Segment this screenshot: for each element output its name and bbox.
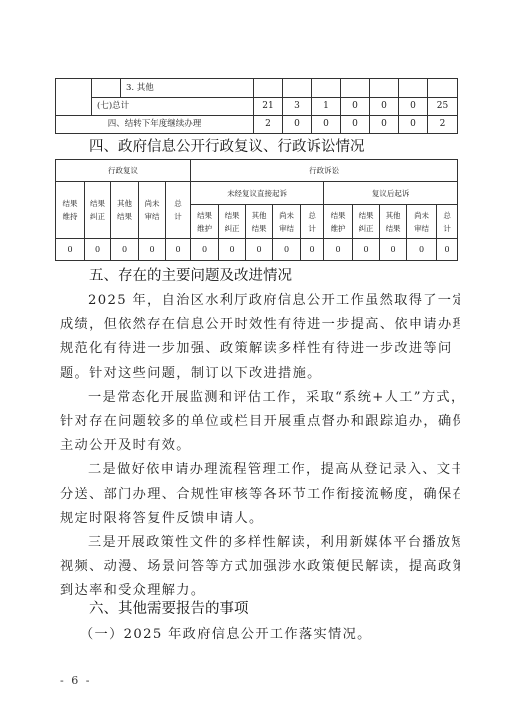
table-row: 0 0 0 0 0 0 0 0 0 0 0 0 0 0 0 xyxy=(56,239,458,261)
table-header-row: 行政复议 行政诉讼 xyxy=(56,160,458,182)
apply-stats-table-continued: 3. 其他 (七)总计 21 3 1 0 0 0 25 四、结转下年度继续办理 … xyxy=(55,78,458,134)
paragraph-line: 分送、部门办理、合规性审核等各环节工作衔接流畅度，确保在 xyxy=(60,483,460,507)
paragraph-line: 一是常态化开展监测和评估工作，采取“系统+人工”方式， xyxy=(60,386,460,410)
group-header-review: 行政复议 xyxy=(56,160,191,182)
section-heading-problems: 五、存在的主要问题及改进情况 xyxy=(89,266,292,286)
group-header-litigation: 行政诉讼 xyxy=(191,160,458,182)
col-header: 总计 xyxy=(166,182,191,239)
col-header: 结果纠正 xyxy=(353,205,380,239)
blank-cell xyxy=(56,79,92,116)
col-header: 其他结果 xyxy=(111,182,139,239)
subgroup-header-after-review: 复议后起诉 xyxy=(324,182,458,205)
paragraph-line: 规定时限将答复件反馈申请人。 xyxy=(60,507,460,531)
col-header: 结果维护 xyxy=(324,205,353,239)
col-header: 其他结果 xyxy=(246,205,273,239)
section-heading-review-litigation: 四、政府信息公开行政复议、行政诉讼情况 xyxy=(89,137,365,157)
col-header: 结果纠正 xyxy=(85,182,111,239)
table-row: 3. 其他 xyxy=(56,79,458,98)
table-row: (七)总计 21 3 1 0 0 0 25 xyxy=(56,98,458,116)
paragraph-line: 成绩，但依然存在信息公开时效性有待进一步提高、依申请办理 xyxy=(60,313,460,337)
review-litigation-table: 行政复议 行政诉讼 结果维持 结果纠正 其他结果 尚未审结 总计 未经复议直接起… xyxy=(55,159,458,261)
section6-subheading: （一）2025 年政府信息公开工作落实情况。 xyxy=(80,623,460,647)
col-header: 结果维持 xyxy=(56,182,85,239)
section5-body: 2025 年，自治区水利厅政府信息公开工作虽然取得了一定 成绩，但依然存在信息公… xyxy=(60,289,460,603)
col-header: 总计 xyxy=(301,205,324,239)
paragraph-line: 针对存在问题较多的单位或栏目开展重点督办和跟踪追办，确保 xyxy=(60,410,460,434)
col-header: 总计 xyxy=(437,205,458,239)
table-header-row: 结果维持 结果纠正 其他结果 尚未审结 总计 未经复议直接起诉 复议后起诉 xyxy=(56,182,458,205)
page-number: - 6 - xyxy=(60,674,91,687)
paragraph-line: 规范化有待进一步加强、政策解读多样性有待进一步改进等问 xyxy=(60,337,460,361)
col-header: 尚未审结 xyxy=(407,205,437,239)
paragraph-line: 题。针对这些问题，制订以下改进措施。 xyxy=(60,362,460,386)
col-header: 其他结果 xyxy=(380,205,407,239)
paragraph-line: 2025 年，自治区水利厅政府信息公开工作虽然取得了一定 xyxy=(60,289,460,313)
col-header: 结果纠正 xyxy=(219,205,246,239)
col-header: 尚未审结 xyxy=(139,182,166,239)
row-label: 四、结转下年度继续办理 xyxy=(56,116,254,134)
row-label: (七)总计 xyxy=(92,98,254,116)
paragraph-line: 二是做好依申请办理流程管理工作，提高从登记录入、文书 xyxy=(60,458,460,482)
section-heading-other-matters: 六、其他需要报告的事项 xyxy=(89,599,249,619)
blank-cell xyxy=(92,79,121,98)
col-header: 结果维护 xyxy=(191,205,219,239)
subgroup-header-direct: 未经复议直接起诉 xyxy=(191,182,324,205)
col-header: 尚未审结 xyxy=(273,205,301,239)
table-row: 四、结转下年度继续办理 2 0 0 0 0 0 2 xyxy=(56,116,458,134)
paragraph-line: 主动公开及时有效。 xyxy=(60,434,460,458)
paragraph-line: 视频、动漫、场景问答等方式加强涉水政策便民解读，提高政策 xyxy=(60,555,460,579)
paragraph-line: 三是开展政策性文件的多样性解读，利用新媒体平台播放短 xyxy=(60,531,460,555)
row-label: 3. 其他 xyxy=(121,79,254,98)
